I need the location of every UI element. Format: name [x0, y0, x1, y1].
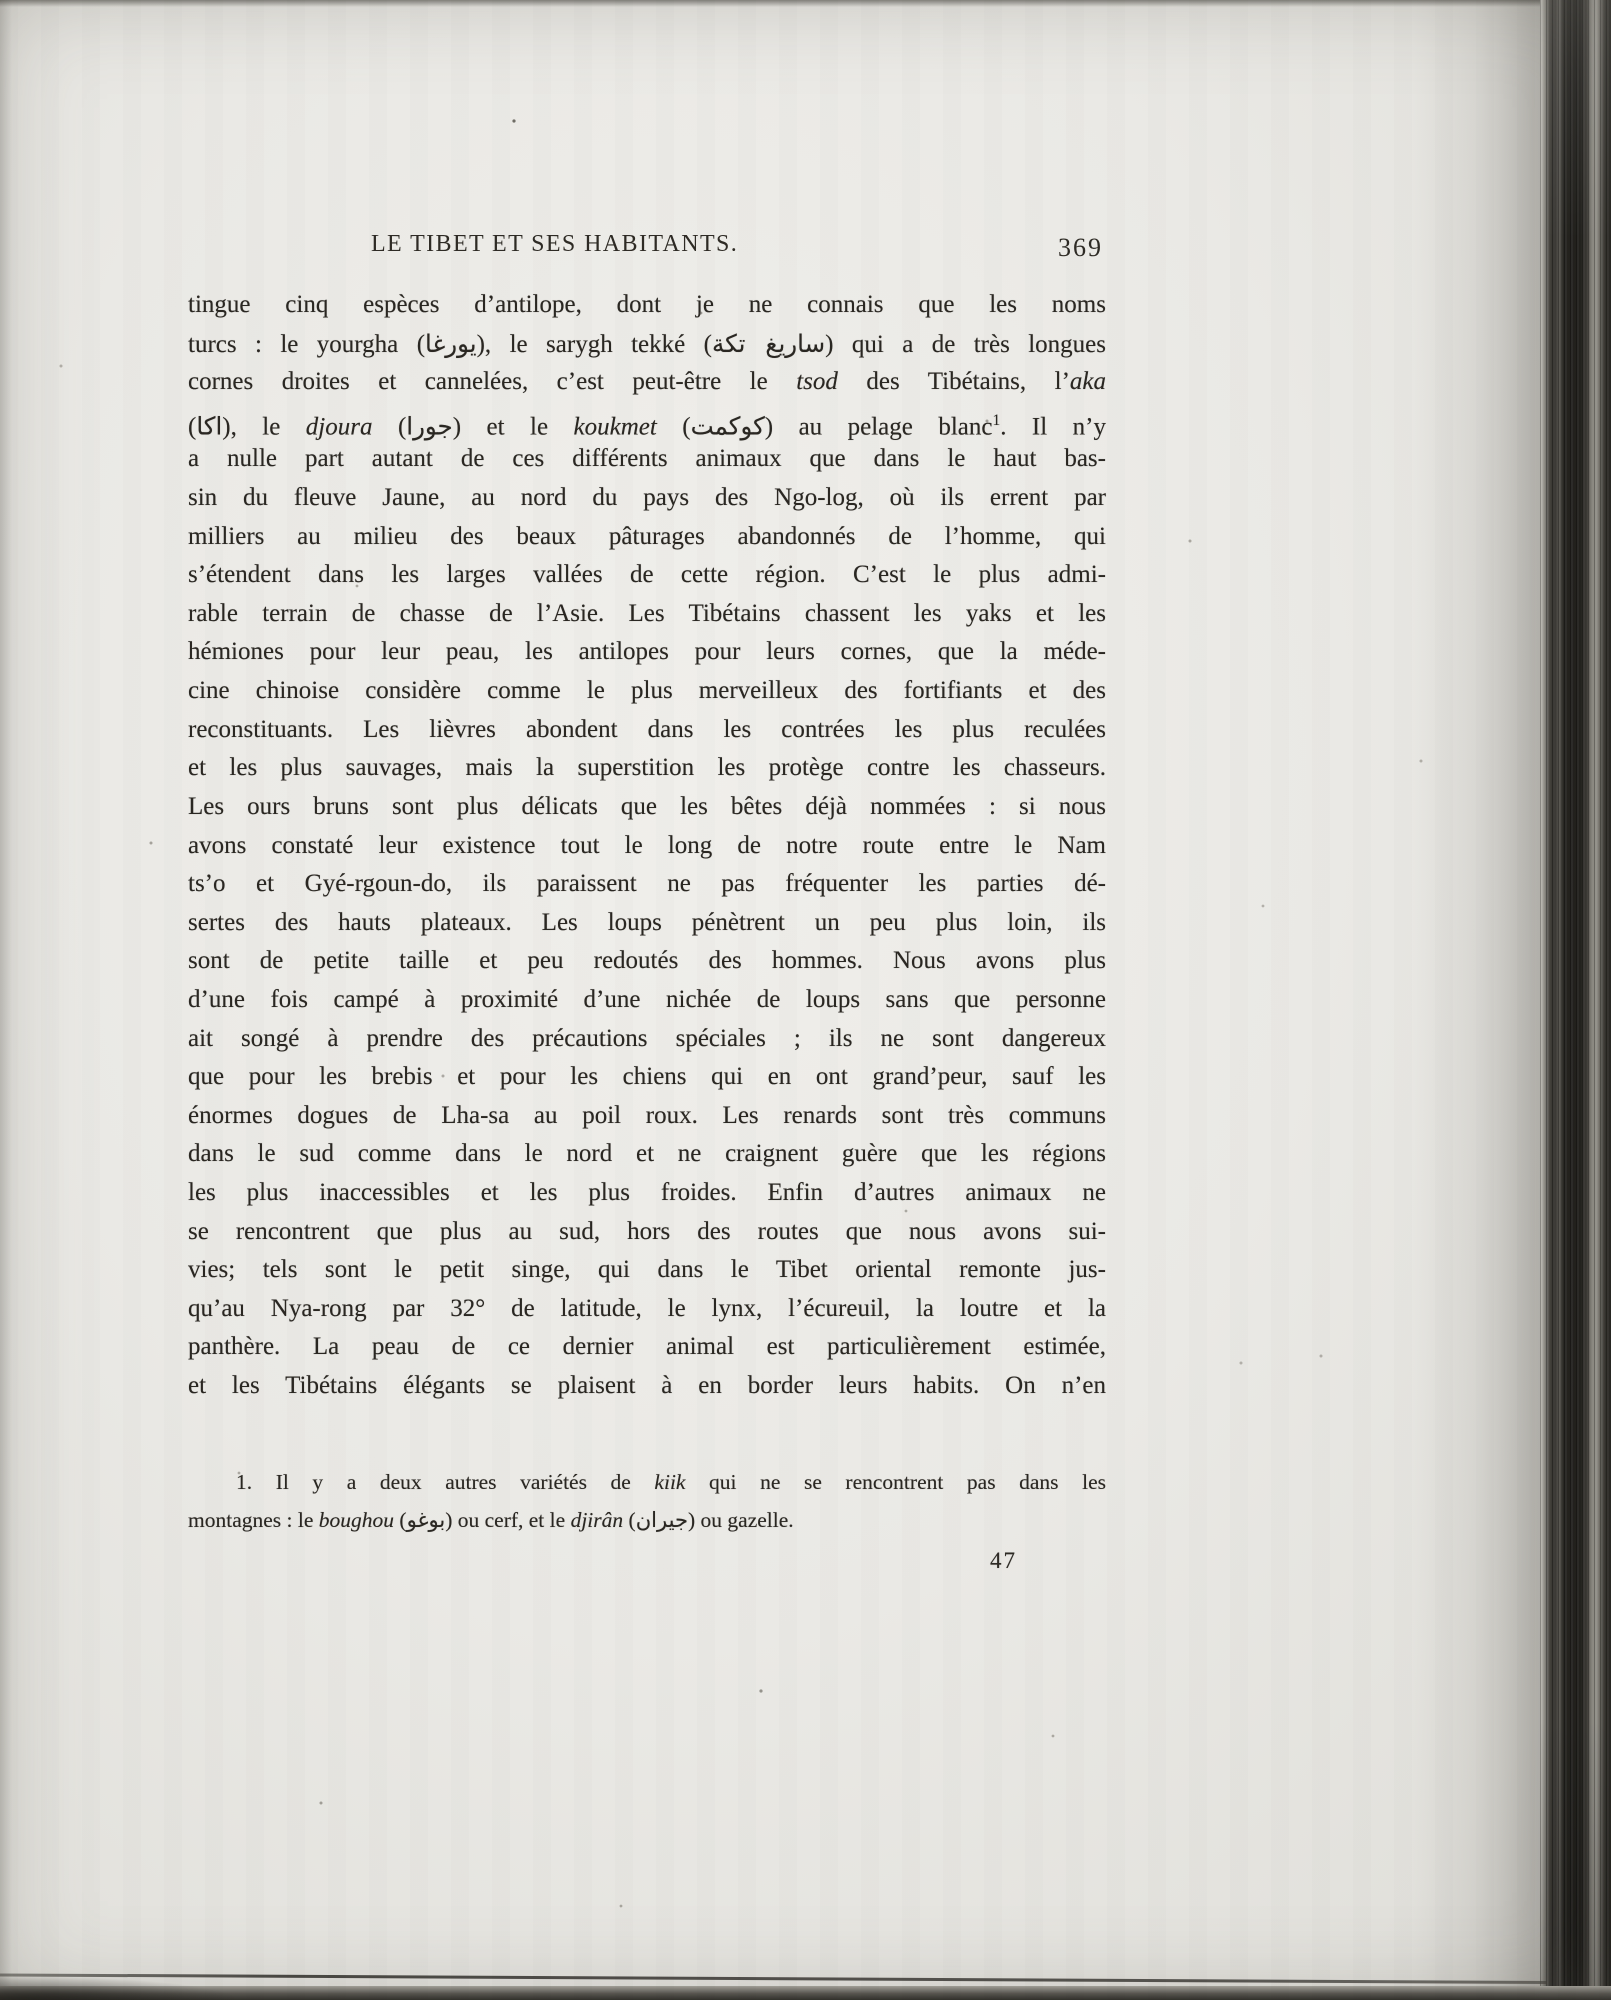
text-segment: ( — [372, 413, 406, 440]
body-line-6: sin du fleuve Jaune, au nord du pays des… — [188, 479, 1106, 518]
text-segment: djoura — [306, 413, 373, 440]
text-segment: reconstituants. Les lièvres abondent dan… — [188, 716, 1106, 743]
body-line-1: tingue cinq espèces d’antilope, dont je … — [188, 286, 1106, 325]
text-segment: et les plus sauvages, mais la superstiti… — [188, 754, 1106, 781]
text-segment: s’étendent dans les larges vallées de ce… — [188, 561, 1106, 588]
text-segment: koukmet — [574, 413, 657, 440]
body-line-15: avons constaté leur existence tout le lo… — [188, 827, 1106, 866]
page-header-title: LE TIBET ET SES HABITANTS. — [371, 231, 738, 258]
page-number: 369 — [1058, 233, 1103, 263]
body-line-16: ts’o et Gyé-rgoun-do, ils paraissent ne … — [188, 865, 1106, 904]
text-segment: ) ou cerf, et le — [445, 1508, 570, 1532]
body-line-10: hémiones pour leur peau, les antilopes p… — [188, 633, 1106, 672]
text-segment: aka — [1070, 368, 1106, 395]
body-text: tingue cinq espèces d’antilope, dont je … — [188, 286, 1106, 1406]
text-segment: les plus inaccessibles et les plus froid… — [188, 1179, 1106, 1206]
text-segment: a nulle part autant de ces différents an… — [188, 445, 1106, 472]
body-line-23: dans le sud comme dans le nord et ne cra… — [188, 1135, 1106, 1174]
text-segment: se rencontrent que plus au sud, hors des… — [188, 1218, 1106, 1245]
text-segment: ) au pelage blanc — [765, 413, 993, 440]
text-segment: tingue cinq espèces d’antilope, dont je … — [188, 291, 1106, 318]
text-segment: avons constaté leur existence tout le lo… — [188, 832, 1106, 859]
body-line-24: les plus inaccessibles et les plus froid… — [188, 1174, 1106, 1213]
signature-mark: 47 — [990, 1548, 1017, 1574]
text-segment: hémiones pour leur peau, les antilopes p… — [188, 638, 1106, 665]
scan-bottom-strip — [0, 1986, 1611, 2000]
scan-left-shadow — [0, 0, 12, 2000]
body-line-18: sont de petite taille et peu redoutés de… — [188, 942, 1106, 981]
scanned-book-page: LE TIBET ET SES HABITANTS. 369 tingue ci… — [0, 0, 1611, 2000]
text-segment: montagnes : le — [188, 1508, 319, 1532]
text-segment: sin du fleuve Jaune, au nord du pays des… — [188, 484, 1106, 511]
body-line-2: turcs : le yourgha (يورغا), le sarygh te… — [188, 325, 1106, 364]
text-segment: rable terrain de chasse de l’Asie. Les T… — [188, 600, 1106, 627]
arabic-text-segment: بوغو — [407, 1507, 446, 1532]
text-segment: panthère. La peau de ce dernier animal e… — [188, 1333, 1106, 1360]
text-segment: ait songé à prendre des précautions spéc… — [188, 1025, 1106, 1052]
text-segment: milliers au milieu des beaux pâturages a… — [188, 523, 1106, 550]
text-segment: ( — [623, 1508, 636, 1532]
text-segment: cine chinoise considère comme le plus me… — [188, 677, 1106, 704]
body-line-12: reconstituants. Les lièvres abondent dan… — [188, 711, 1106, 750]
body-line-19: d’une fois campé à proximité d’une niché… — [188, 981, 1106, 1020]
text-segment: des Tibétains, l’ — [838, 368, 1070, 395]
body-line-28: panthère. La peau de ce dernier animal e… — [188, 1328, 1106, 1367]
arabic-text-segment: ساريغ تكة — [712, 329, 825, 358]
text-segment: que pour les brebis et pour les chiens q… — [188, 1063, 1106, 1090]
text-segment: sont de petite taille et peu redoutés de… — [188, 947, 1106, 974]
book-page-edges — [1540, 0, 1611, 2000]
text-segment: kiik — [654, 1470, 685, 1494]
text-segment: ( — [394, 1508, 407, 1532]
body-line-13: et les plus sauvages, mais la superstiti… — [188, 749, 1106, 788]
body-line-7: milliers au milieu des beaux pâturages a… — [188, 518, 1106, 557]
text-segment: qu’au Nya-rong par 32° de latitude, le l… — [188, 1295, 1106, 1322]
text-segment: ) et le — [453, 413, 574, 440]
arabic-text-segment: يورغا — [425, 329, 477, 358]
text-segment: et les Tibétains élégants se plaisent à … — [188, 1372, 1106, 1399]
scan-top-shadow — [0, 0, 1611, 7]
scan-bottom-corner-shadow — [0, 1976, 240, 2000]
text-segment: ) ou gazelle. — [688, 1508, 794, 1532]
text-segment: vies; tels sont le petit singe, qui dans… — [188, 1256, 1106, 1283]
text-segment: djirân — [571, 1508, 624, 1532]
body-line-9: rable terrain de chasse de l’Asie. Les T… — [188, 595, 1106, 634]
body-line-14: Les ours bruns sont plus délicats que le… — [188, 788, 1106, 827]
text-segment: énormes dogues de Lha-sa au poil roux. L… — [188, 1102, 1106, 1129]
arabic-text-segment: كوكمت — [691, 411, 765, 440]
arabic-text-segment: جورا — [406, 411, 452, 440]
text-segment: sertes des hauts plateaux. Les loups pén… — [188, 909, 1106, 936]
body-line-4: (اكا), le djoura (جورا) et le koukmet (ك… — [188, 402, 1106, 441]
text-segment: ), le sarygh tekké ( — [477, 331, 712, 358]
text-segment: cornes droites et cannelées, c’est peut-… — [188, 368, 796, 395]
text-segment: Les ours bruns sont plus délicats que le… — [188, 793, 1106, 820]
page-edge-striations — [1540, 0, 1611, 2000]
footnote-line-2: montagnes : le boughou (بوغو) ou cerf, e… — [188, 1501, 1106, 1539]
text-segment: ) qui a de très longues — [825, 331, 1106, 358]
body-line-8: s’étendent dans les larges vallées de ce… — [188, 556, 1106, 595]
body-line-20: ait songé à prendre des précautions spéc… — [188, 1020, 1106, 1059]
arabic-text-segment: جيران — [636, 1507, 688, 1532]
body-line-11: cine chinoise considère comme le plus me… — [188, 672, 1106, 711]
text-segment: turcs : le yourgha ( — [188, 331, 425, 358]
text-segment: ( — [657, 413, 691, 440]
body-line-26: vies; tels sont le petit singe, qui dans… — [188, 1251, 1106, 1290]
text-segment: dans le sud comme dans le nord et ne cra… — [188, 1140, 1106, 1167]
body-line-22: énormes dogues de Lha-sa au poil roux. L… — [188, 1097, 1106, 1136]
text-segment: ts’o et Gyé-rgoun-do, ils paraissent ne … — [188, 870, 1106, 897]
footnote-line-1: 1. Il y a deux autres variétés de kiik q… — [188, 1463, 1106, 1501]
arabic-text-segment: اكا — [196, 411, 222, 440]
body-line-17: sertes des hauts plateaux. Les loups pén… — [188, 904, 1106, 943]
text-segment: d’une fois campé à proximité d’une niché… — [188, 986, 1106, 1013]
text-segment: . Il n’y — [1000, 413, 1106, 440]
footnote: 1. Il y a deux autres variétés de kiik q… — [188, 1463, 1106, 1539]
text-segment: tsod — [796, 368, 838, 395]
body-line-29: et les Tibétains élégants se plaisent à … — [188, 1367, 1106, 1406]
body-line-25: se rencontrent que plus au sud, hors des… — [188, 1213, 1106, 1252]
text-segment: boughou — [319, 1508, 394, 1532]
text-segment: ), le — [222, 413, 306, 440]
body-line-27: qu’au Nya-rong par 32° de latitude, le l… — [188, 1290, 1106, 1329]
body-line-5: a nulle part autant de ces différents an… — [188, 440, 1106, 479]
body-line-3: cornes droites et cannelées, c’est peut-… — [188, 363, 1106, 402]
body-line-21: que pour les brebis et pour les chiens q… — [188, 1058, 1106, 1097]
text-segment: 1. Il y a deux autres variétés de — [236, 1470, 654, 1494]
text-segment: qui ne se rencontrent pas dans les — [685, 1470, 1106, 1494]
page-edge-shadow — [1410, 0, 1540, 2000]
